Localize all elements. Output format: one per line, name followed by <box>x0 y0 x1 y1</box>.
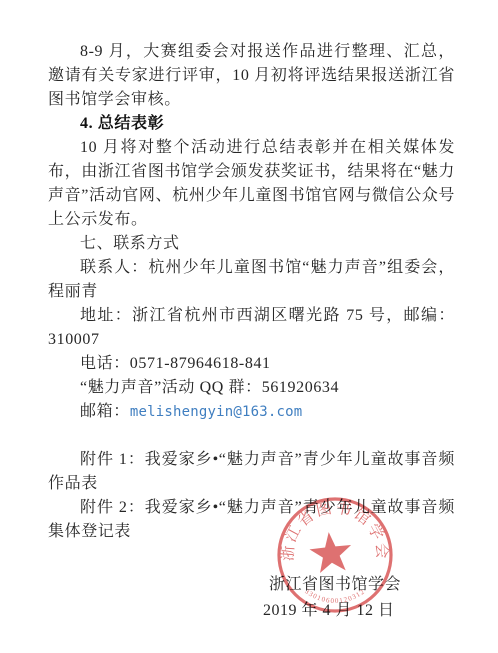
qq-group-line: “魅力声音”活动 QQ 群：561920634 <box>48 376 455 400</box>
document-page: 8-9 月，大赛组委会对报送作品进行整理、汇总，邀请有关专家进行评审，10 月初… <box>0 0 498 653</box>
email-link[interactable]: melishengyin@163.com <box>130 404 303 420</box>
heading-contact-info: 七、联系方式 <box>48 232 455 256</box>
attachment-1-line: 附件 1：我爱家乡•“魅力声音”青少年儿童故事音频作品表 <box>48 448 455 496</box>
heading-summary-commendation: 4. 总结表彰 <box>48 112 455 136</box>
contact-person-line: 联系人：杭州少年儿童图书馆“魅力声音”组委会，程丽青 <box>48 256 455 304</box>
paragraph-review-process: 8-9 月，大赛组委会对报送作品进行整理、汇总，邀请有关专家进行评审，10 月初… <box>48 40 455 112</box>
address-line: 地址：浙江省杭州市西湖区曙光路 75 号，邮编：310007 <box>48 304 455 352</box>
signature-organization: 浙江省图书馆学会 <box>269 575 401 595</box>
attachment-2-line: 附件 2：我爱家乡•“魅力声音”青少年儿童故事音频集体登记表 <box>48 496 455 544</box>
phone-line: 电话：0571-87964618-841 <box>48 352 455 376</box>
email-line: 邮箱：melishengyin@163.com <box>48 400 455 424</box>
document-body: 8-9 月，大赛组委会对报送作品进行整理、汇总，邀请有关专家进行评审，10 月初… <box>48 40 455 544</box>
email-label: 邮箱： <box>80 403 130 420</box>
paragraph-summary-commendation: 10 月将对整个活动进行总结表彰并在相关媒体发布，由浙江省图书馆学会颁发获奖证书… <box>48 136 455 232</box>
signature-date: 2019 年 4 月 12 日 <box>263 601 395 621</box>
